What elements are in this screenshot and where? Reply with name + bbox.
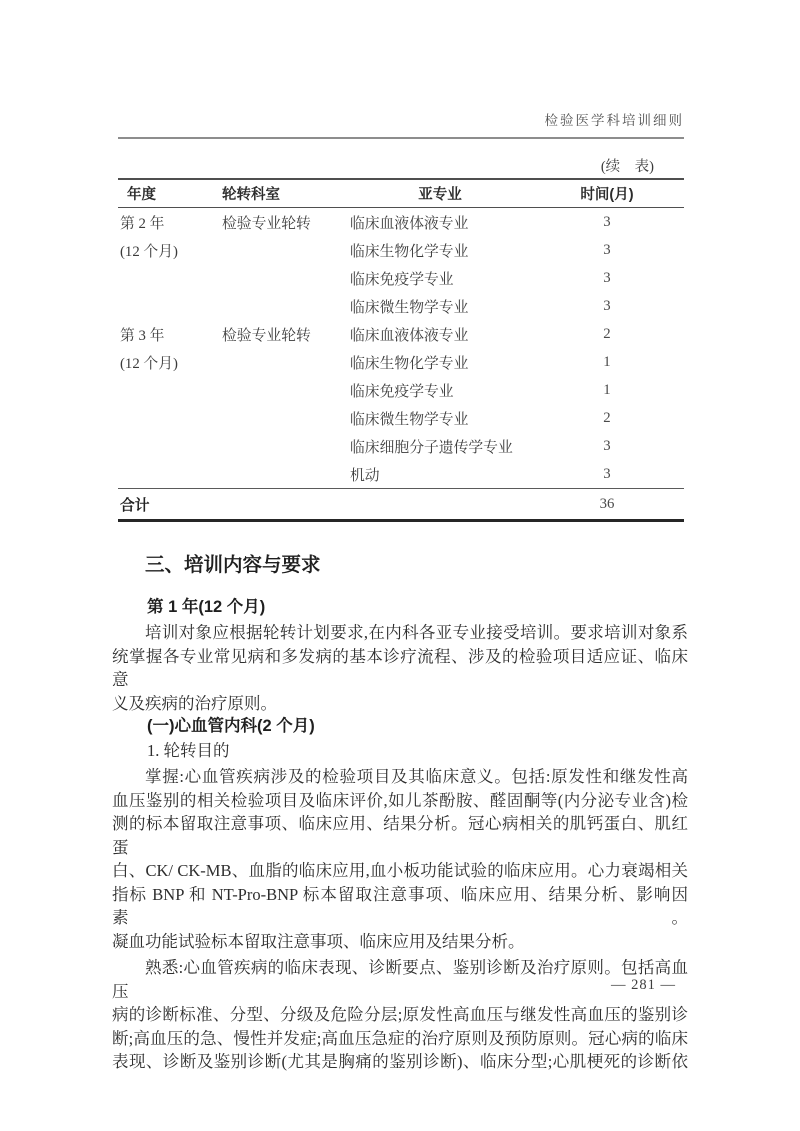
table-cell: 临床免疫学专业 xyxy=(350,376,530,404)
table-cell xyxy=(222,292,350,320)
column-header-year: 年度 xyxy=(118,179,222,208)
text-line: 统掌握各专业常见病和多发病的基本诊疗流程、涉及的检验项目适应证、临床意 xyxy=(112,645,688,692)
text-line: 培训对象应根据轮转计划要求,在内科各亚专业接受培训。要求培训对象系 xyxy=(112,621,688,645)
text-line: 测的标本留取注意事项、临床应用、结果分析。冠心病相关的肌钙蛋白、肌红蛋 xyxy=(112,812,688,859)
table-row: 临床免疫学专业1 xyxy=(118,376,684,404)
table-header-row: 年度 轮转科室 亚专业 时间(月) xyxy=(118,179,684,208)
intro-paragraph: 培训对象应根据轮转计划要求,在内科各亚专业接受培训。要求培训对象系统掌握各专业常… xyxy=(112,621,688,715)
table-cell: 临床免疫学专业 xyxy=(350,264,530,292)
text-line: 病的诊断标准、分型、分级及危险分层;原发性高血压与继发性高血压的鉴别诊 xyxy=(112,1003,688,1027)
table-cell: 临床微生物学专业 xyxy=(350,292,530,320)
table-cell xyxy=(118,432,222,460)
table-cell: 1 xyxy=(530,376,684,404)
table-cell: 临床血液体液专业 xyxy=(350,320,530,348)
table-cell xyxy=(222,236,350,264)
table-cell: 临床细胞分子遗传学专业 xyxy=(350,432,530,460)
table-cell: (12 个月) xyxy=(118,236,222,264)
table-row: 临床微生物学专业2 xyxy=(118,404,684,432)
document-page: 检验医学科培训细则 (续 表) 年度 轮转科室 亚专业 时间(月) 第 2 年检… xyxy=(0,0,800,1131)
total-label: 合计 xyxy=(118,489,222,521)
table-row: (12 个月)临床生物化学专业1 xyxy=(118,348,684,376)
table-cell: 第 2 年 xyxy=(118,208,222,237)
subsection-heading: (一)心血管内科(2 个月) xyxy=(147,715,688,739)
table-cell: 3 xyxy=(530,208,684,237)
table-total-row: 合计 36 xyxy=(118,489,684,521)
table-cell xyxy=(222,432,350,460)
table-cell: 检验专业轮转 xyxy=(222,320,350,348)
table-cell xyxy=(222,348,350,376)
table-cell: 2 xyxy=(530,320,684,348)
table-continued-label: (续 表) xyxy=(118,155,684,176)
table-row: 第 2 年检验专业轮转临床血液体液专业3 xyxy=(118,208,684,237)
table-cell: 3 xyxy=(530,292,684,320)
table-cell: 临床血液体液专业 xyxy=(350,208,530,237)
column-header-department: 轮转科室 xyxy=(222,179,350,208)
total-value: 36 xyxy=(530,489,684,521)
table-cell: 3 xyxy=(530,460,684,489)
table-cell xyxy=(118,264,222,292)
table-cell: 2 xyxy=(530,404,684,432)
table-body: 第 2 年检验专业轮转临床血液体液专业3(12 个月)临床生物化学专业3临床免疫… xyxy=(118,208,684,489)
table-row: 第 3 年检验专业轮转临床血液体液专业2 xyxy=(118,320,684,348)
table-row: 临床细胞分子遗传学专业3 xyxy=(118,432,684,460)
table-cell xyxy=(222,264,350,292)
running-head-rule xyxy=(118,137,684,139)
table-cell: 3 xyxy=(530,432,684,460)
table-cell xyxy=(222,404,350,432)
body-content: 三、培训内容与要求 第 1 年(12 个月) 培训对象应根据轮转计划要求,在内科… xyxy=(112,554,688,1074)
column-header-subspecialty: 亚专业 xyxy=(350,179,530,208)
table-cell: 机动 xyxy=(350,460,530,489)
text-line: 血压鉴别的相关检验项目及临床评价,如儿茶酚胺、醛固酮等(内分泌专业含)检 xyxy=(112,789,688,813)
text-line: 断;高血压的急、慢性并发症;高血压急症的治疗原则及预防原则。冠心病的临床 xyxy=(112,1027,688,1051)
master-paragraph: 掌握:心血管疾病涉及的检验项目及其临床意义。包括:原发性和继发性高血压鉴别的相关… xyxy=(112,765,688,953)
table-row: 机动3 xyxy=(118,460,684,489)
text-line: 指标 BNP 和 NT-Pro-BNP 标本留取注意事项、临床应用、结果分析、影… xyxy=(112,883,688,930)
text-line: 白、CK/ CK-MB、血脂的临床应用,血小板功能试验的临床应用。心力衰竭相关 xyxy=(112,859,688,883)
table-cell xyxy=(118,460,222,489)
table-cell xyxy=(222,460,350,489)
text-line: 凝血功能试验标本留取注意事项、临床应用及结果分析。 xyxy=(112,930,688,954)
item-heading: 1. 轮转目的 xyxy=(147,739,688,763)
table-cell: 3 xyxy=(530,236,684,264)
text-line: 表现、诊断及鉴别诊断(尤其是胸痛的鉴别诊断)、临床分型;心肌梗死的诊断依 xyxy=(112,1050,688,1074)
table-cell xyxy=(118,376,222,404)
table-cell: 临床微生物学专业 xyxy=(350,404,530,432)
section-heading: 三、培训内容与要求 xyxy=(145,554,688,577)
table-row: 临床微生物学专业3 xyxy=(118,292,684,320)
table-cell: 临床生物化学专业 xyxy=(350,348,530,376)
table-cell: (12 个月) xyxy=(118,348,222,376)
table-cell: 临床生物化学专业 xyxy=(350,236,530,264)
table-row: (12 个月)临床生物化学专业3 xyxy=(118,236,684,264)
table-cell xyxy=(222,376,350,404)
table-cell: 第 3 年 xyxy=(118,320,222,348)
column-header-months: 时间(月) xyxy=(530,179,684,208)
table-cell: 检验专业轮转 xyxy=(222,208,350,237)
text-line: 义及疾病的治疗原则。 xyxy=(112,692,688,716)
running-head: 检验医学科培训细则 xyxy=(118,109,684,129)
table-cell xyxy=(118,292,222,320)
familiar-paragraph: 熟悉:心血管疾病的临床表现、诊断要点、鉴别诊断及治疗原则。包括高血压病的诊断标准… xyxy=(112,956,688,1074)
table-cell: 1 xyxy=(530,348,684,376)
page-number: — 281 — xyxy=(118,977,684,994)
table-cell xyxy=(118,404,222,432)
year1-heading: 第 1 年(12 个月) xyxy=(147,596,688,618)
rotation-table: 年度 轮转科室 亚专业 时间(月) 第 2 年检验专业轮转临床血液体液专业3(1… xyxy=(118,178,684,522)
table-row: 临床免疫学专业3 xyxy=(118,264,684,292)
table-cell: 3 xyxy=(530,264,684,292)
text-line: 掌握:心血管疾病涉及的检验项目及其临床意义。包括:原发性和继发性高 xyxy=(112,765,688,789)
